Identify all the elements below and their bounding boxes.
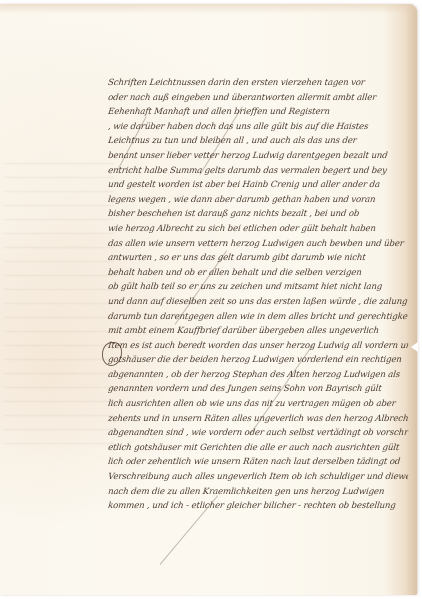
text-line: benant unser lieber vetter herzog Ludwig… [107, 149, 409, 164]
text-line: antwurten , so er uns das gelt darumb gi… [107, 251, 409, 266]
text-line: abgenannten , ob der herzog Stephan des … [107, 368, 409, 383]
text-line: gotshäuser die der beiden herzog Ludwige… [107, 353, 409, 368]
text-line: und dann auf dieselben zeit so uns das e… [107, 295, 409, 310]
text-line: Eehenhaft Manhaft und allen brieffen und… [107, 105, 409, 120]
text-line: abgenandten sind , wie vordern oder auch… [107, 426, 409, 441]
text-line: lich ausrichten allen ob wie uns das nit… [107, 397, 409, 412]
text-line: oder nach auß eingeben und überantworten… [107, 91, 409, 106]
text-line: wie herzog Albrecht zu sich bei etlichen… [107, 222, 409, 237]
text-line: Item es ist auch beredt worden das unser… [107, 339, 409, 354]
bleed-through-text [4, 154, 114, 454]
text-line: bisher beschehen ist darauß ganz nichts … [107, 207, 409, 222]
text-line: ob gült halb teil so er uns zu zeichen u… [107, 280, 409, 295]
text-line: darumb tun darentgegen allen wie in dem … [107, 310, 409, 325]
edge-notch [411, 342, 418, 352]
text-line: etlich gotshäuser mit Gerichten die alle… [107, 441, 409, 456]
text-line: Leichtnus zu tun und bleiben all , und a… [107, 134, 409, 149]
text-line: legens wegen , wie dann aber darumb geth… [107, 193, 409, 208]
text-line: lich oder zehentlich wie unsern Räten na… [107, 455, 409, 470]
text-line: kommen , und ich - etlicher gleicher bil… [107, 499, 409, 514]
text-line: und gestelt worden ist aber bei Hainb Cr… [107, 178, 409, 193]
text-line: zehents und in unsern Räten alles ungeve… [107, 412, 409, 427]
manuscript-page: Schriften Leichtnussen darin den ersten … [0, 4, 417, 595]
manuscript-text: Schriften Leichtnussen darin den ersten … [108, 76, 408, 514]
text-line: mit ambt einem Kauffbrief darüber überge… [107, 324, 409, 339]
text-line: , wie darüber haben doch das uns alle gü… [107, 120, 409, 135]
text-line: entricht halbe Summa gelts darumb das ve… [107, 164, 409, 179]
text-line: genannten vordern und des Jungen seins S… [107, 382, 409, 397]
text-line: das allen wie unsern vettern herzog Ludw… [107, 237, 409, 252]
text-line: behalt haben und ob er allen behalt und … [107, 266, 409, 281]
text-line: Verschreibung auch alles ungeverlich Ite… [107, 470, 409, 485]
text-line: Schriften Leichtnussen darin den ersten … [107, 76, 409, 91]
text-line: nach dem die zu allen Kraemlichkeiten ge… [107, 485, 409, 500]
